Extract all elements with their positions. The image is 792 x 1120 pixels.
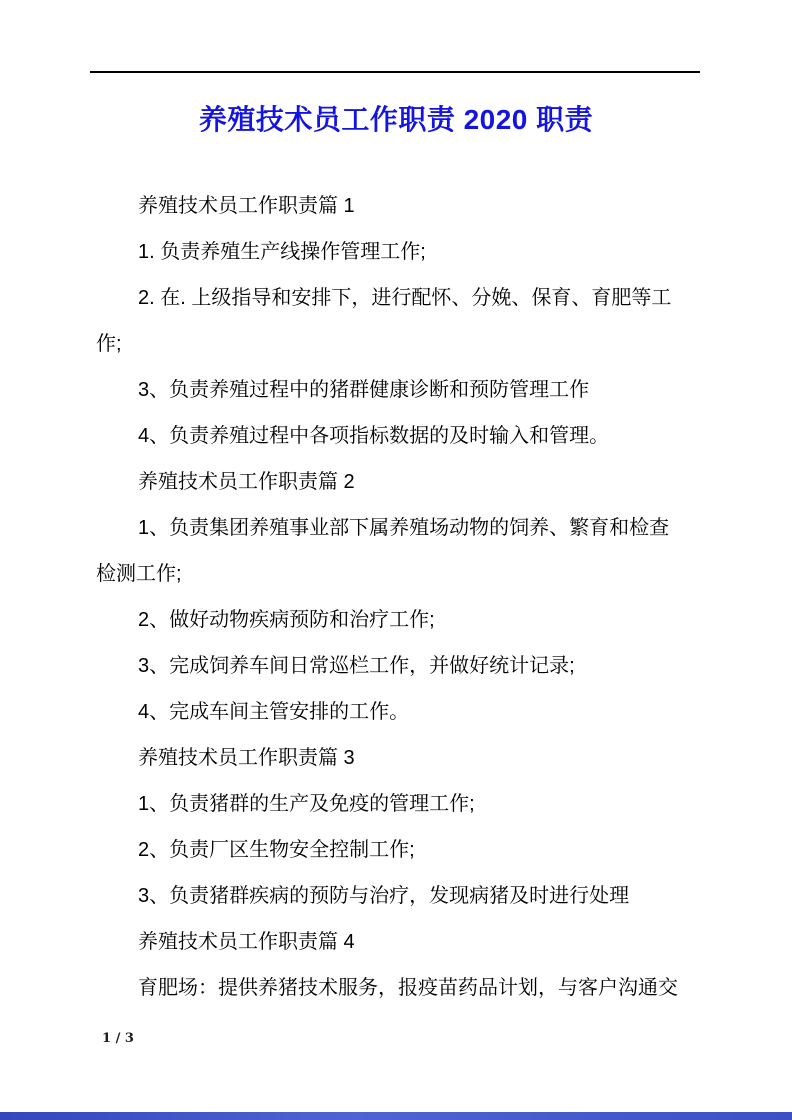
- list-item: 1、负责猪群的生产及免疫的管理工作;: [96, 781, 696, 827]
- page-number: 1 / 3: [102, 1031, 134, 1046]
- bottom-accent-bar: [0, 1112, 792, 1120]
- section-heading: 养殖技术员工作职责篇 4: [96, 919, 696, 965]
- list-item: 2. 在. 上级指导和安排下，进行配怀、分娩、保育、育肥等工 作;: [96, 275, 696, 367]
- list-item: 1、负责集团养殖事业部下属养殖场动物的饲养、繁育和检查 检测工作;: [96, 505, 696, 597]
- document-body: 养殖技术员工作职责篇 1 1. 负责养殖生产线操作管理工作; 2. 在. 上级指…: [96, 183, 696, 1011]
- section-heading: 养殖技术员工作职责篇 2: [96, 459, 696, 505]
- document-title: 养殖技术员工作职责 2020 职责: [0, 98, 792, 138]
- header-rule: [90, 71, 700, 73]
- list-item: 4、负责养殖过程中各项指标数据的及时输入和管理。: [96, 413, 696, 459]
- document-page: 养殖技术员工作职责 2020 职责 养殖技术员工作职责篇 1 1. 负责养殖生产…: [0, 0, 792, 1120]
- list-item: 1. 负责养殖生产线操作管理工作;: [96, 229, 696, 275]
- list-item: 4、完成车间主管安排的工作。: [96, 689, 696, 735]
- section-heading: 养殖技术员工作职责篇 1: [96, 183, 696, 229]
- list-item: 3、负责养殖过程中的猪群健康诊断和预防管理工作: [96, 367, 696, 413]
- list-item: 3、负责猪群疾病的预防与治疗，发现病猪及时进行处理: [96, 873, 696, 919]
- list-item: 2、负责厂区生物安全控制工作;: [96, 827, 696, 873]
- list-item: 2、做好动物疾病预防和治疗工作;: [96, 597, 696, 643]
- list-item: 3、完成饲养车间日常巡栏工作，并做好统计记录;: [96, 643, 696, 689]
- paragraph: 育肥场：提供养猪技术服务，报疫苗药品计划，与客户沟通交: [96, 965, 696, 1011]
- section-heading: 养殖技术员工作职责篇 3: [96, 735, 696, 781]
